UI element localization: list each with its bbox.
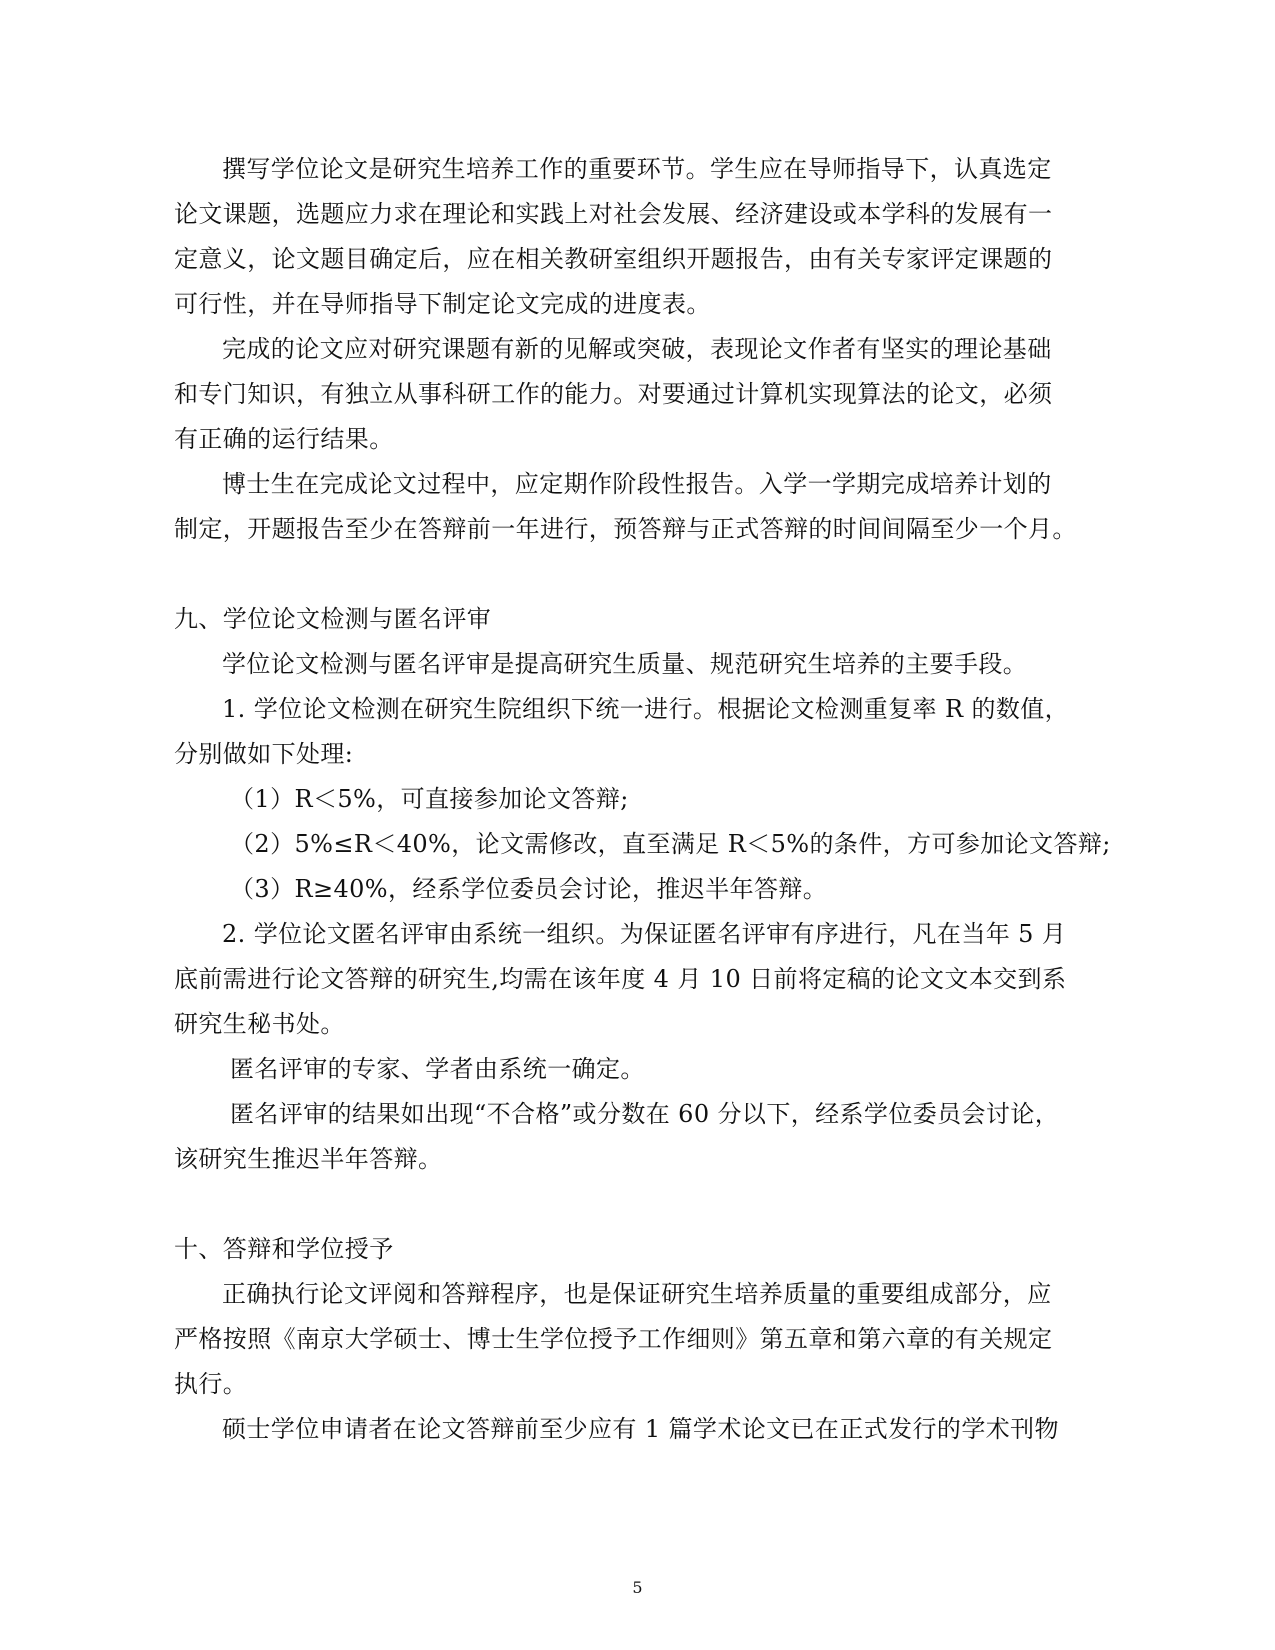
paragraph-line: 2. 学位论文匿名评审由系统一组织。为保证匿名评审有序进行，凡在当年 5 月 (222, 919, 1034, 949)
paragraph-line: 该研究生推迟半年答辩。 (174, 1144, 442, 1174)
paragraph-line: 和专门知识，有独立从事科研工作的能力。对要通过计算机实现算法的论文，必须 (174, 379, 1034, 409)
paragraph-line: 底前需进行论文答辩的研究生,均需在该年度 4 月 10 日前将定稿的论文文本交到… (174, 964, 1034, 994)
paragraph-line: 1. 学位论文检测在研究生院组织下统一进行。根据论文检测重复率 R 的数值， (222, 694, 1034, 724)
paragraph-line: 硕士学位申请者在论文答辩前至少应有 1 篇学术论文已在正式发行的学术刊物 (222, 1414, 1034, 1444)
paragraph-line: 可行性，并在导师指导下制定论文完成的进度表。 (174, 289, 711, 319)
paragraph-line: 制定，开题报告至少在答辩前一年进行，预答辩与正式答辩的时间间隔至少一个月。 (174, 514, 1034, 544)
paragraph-line: 学位论文检测与匿名评审是提高研究生质量、规范研究生培养的主要手段。 (222, 649, 1027, 679)
paragraph-line: 研究生秘书处。 (174, 1009, 345, 1039)
page-number: 5 (0, 1578, 1275, 1597)
paragraph-line: 严格按照《南京大学硕士、博士生学位授予工作细则》第五章和第六章的有关规定 (174, 1324, 1034, 1354)
section-heading-10: 十、答辩和学位授予 (174, 1234, 394, 1264)
paragraph-line: 论文课题，选题应力求在理论和实践上对社会发展、经济建设或本学科的发展有一 (174, 199, 1034, 229)
paragraph-line: 有正确的运行结果。 (174, 424, 394, 454)
list-item: （3）R≥40%，经系学位委员会讨论，推迟半年答辩。 (230, 874, 827, 904)
paragraph-line: 撰写学位论文是研究生培养工作的重要环节。学生应在导师指导下，认真选定 (222, 154, 1034, 184)
section-heading-9: 九、学位论文检测与匿名评审 (174, 604, 491, 634)
paragraph-line: 正确执行论文评阅和答辩程序，也是保证研究生培养质量的重要组成部分，应 (222, 1279, 1034, 1309)
paragraph-line: 匿名评审的结果如出现“不合格”或分数在 60 分以下，经系学位委员会讨论， (230, 1099, 1034, 1129)
list-item: （1）R＜5%，可直接参加论文答辩; (230, 784, 629, 814)
paragraph-line: 分别做如下处理: (174, 739, 353, 769)
paragraph-line: 执行。 (174, 1369, 247, 1399)
paragraph-line: 定意义，论文题目确定后，应在相关教研室组织开题报告，由有关专家评定课题的 (174, 244, 1034, 274)
list-item: （2）5%≤R＜40%，论文需修改，直至满足 R＜5%的条件，方可参加论文答辩; (230, 829, 1111, 859)
paragraph-line: 匿名评审的专家、学者由系统一确定。 (230, 1054, 645, 1084)
document-page: 撰写学位论文是研究生培养工作的重要环节。学生应在导师指导下，认真选定 论文课题，… (0, 0, 1275, 1650)
paragraph-line: 博士生在完成论文过程中，应定期作阶段性报告。入学一学期完成培养计划的 (222, 469, 1034, 499)
paragraph-line: 完成的论文应对研究课题有新的见解或突破，表现论文作者有坚实的理论基础 (222, 334, 1034, 364)
